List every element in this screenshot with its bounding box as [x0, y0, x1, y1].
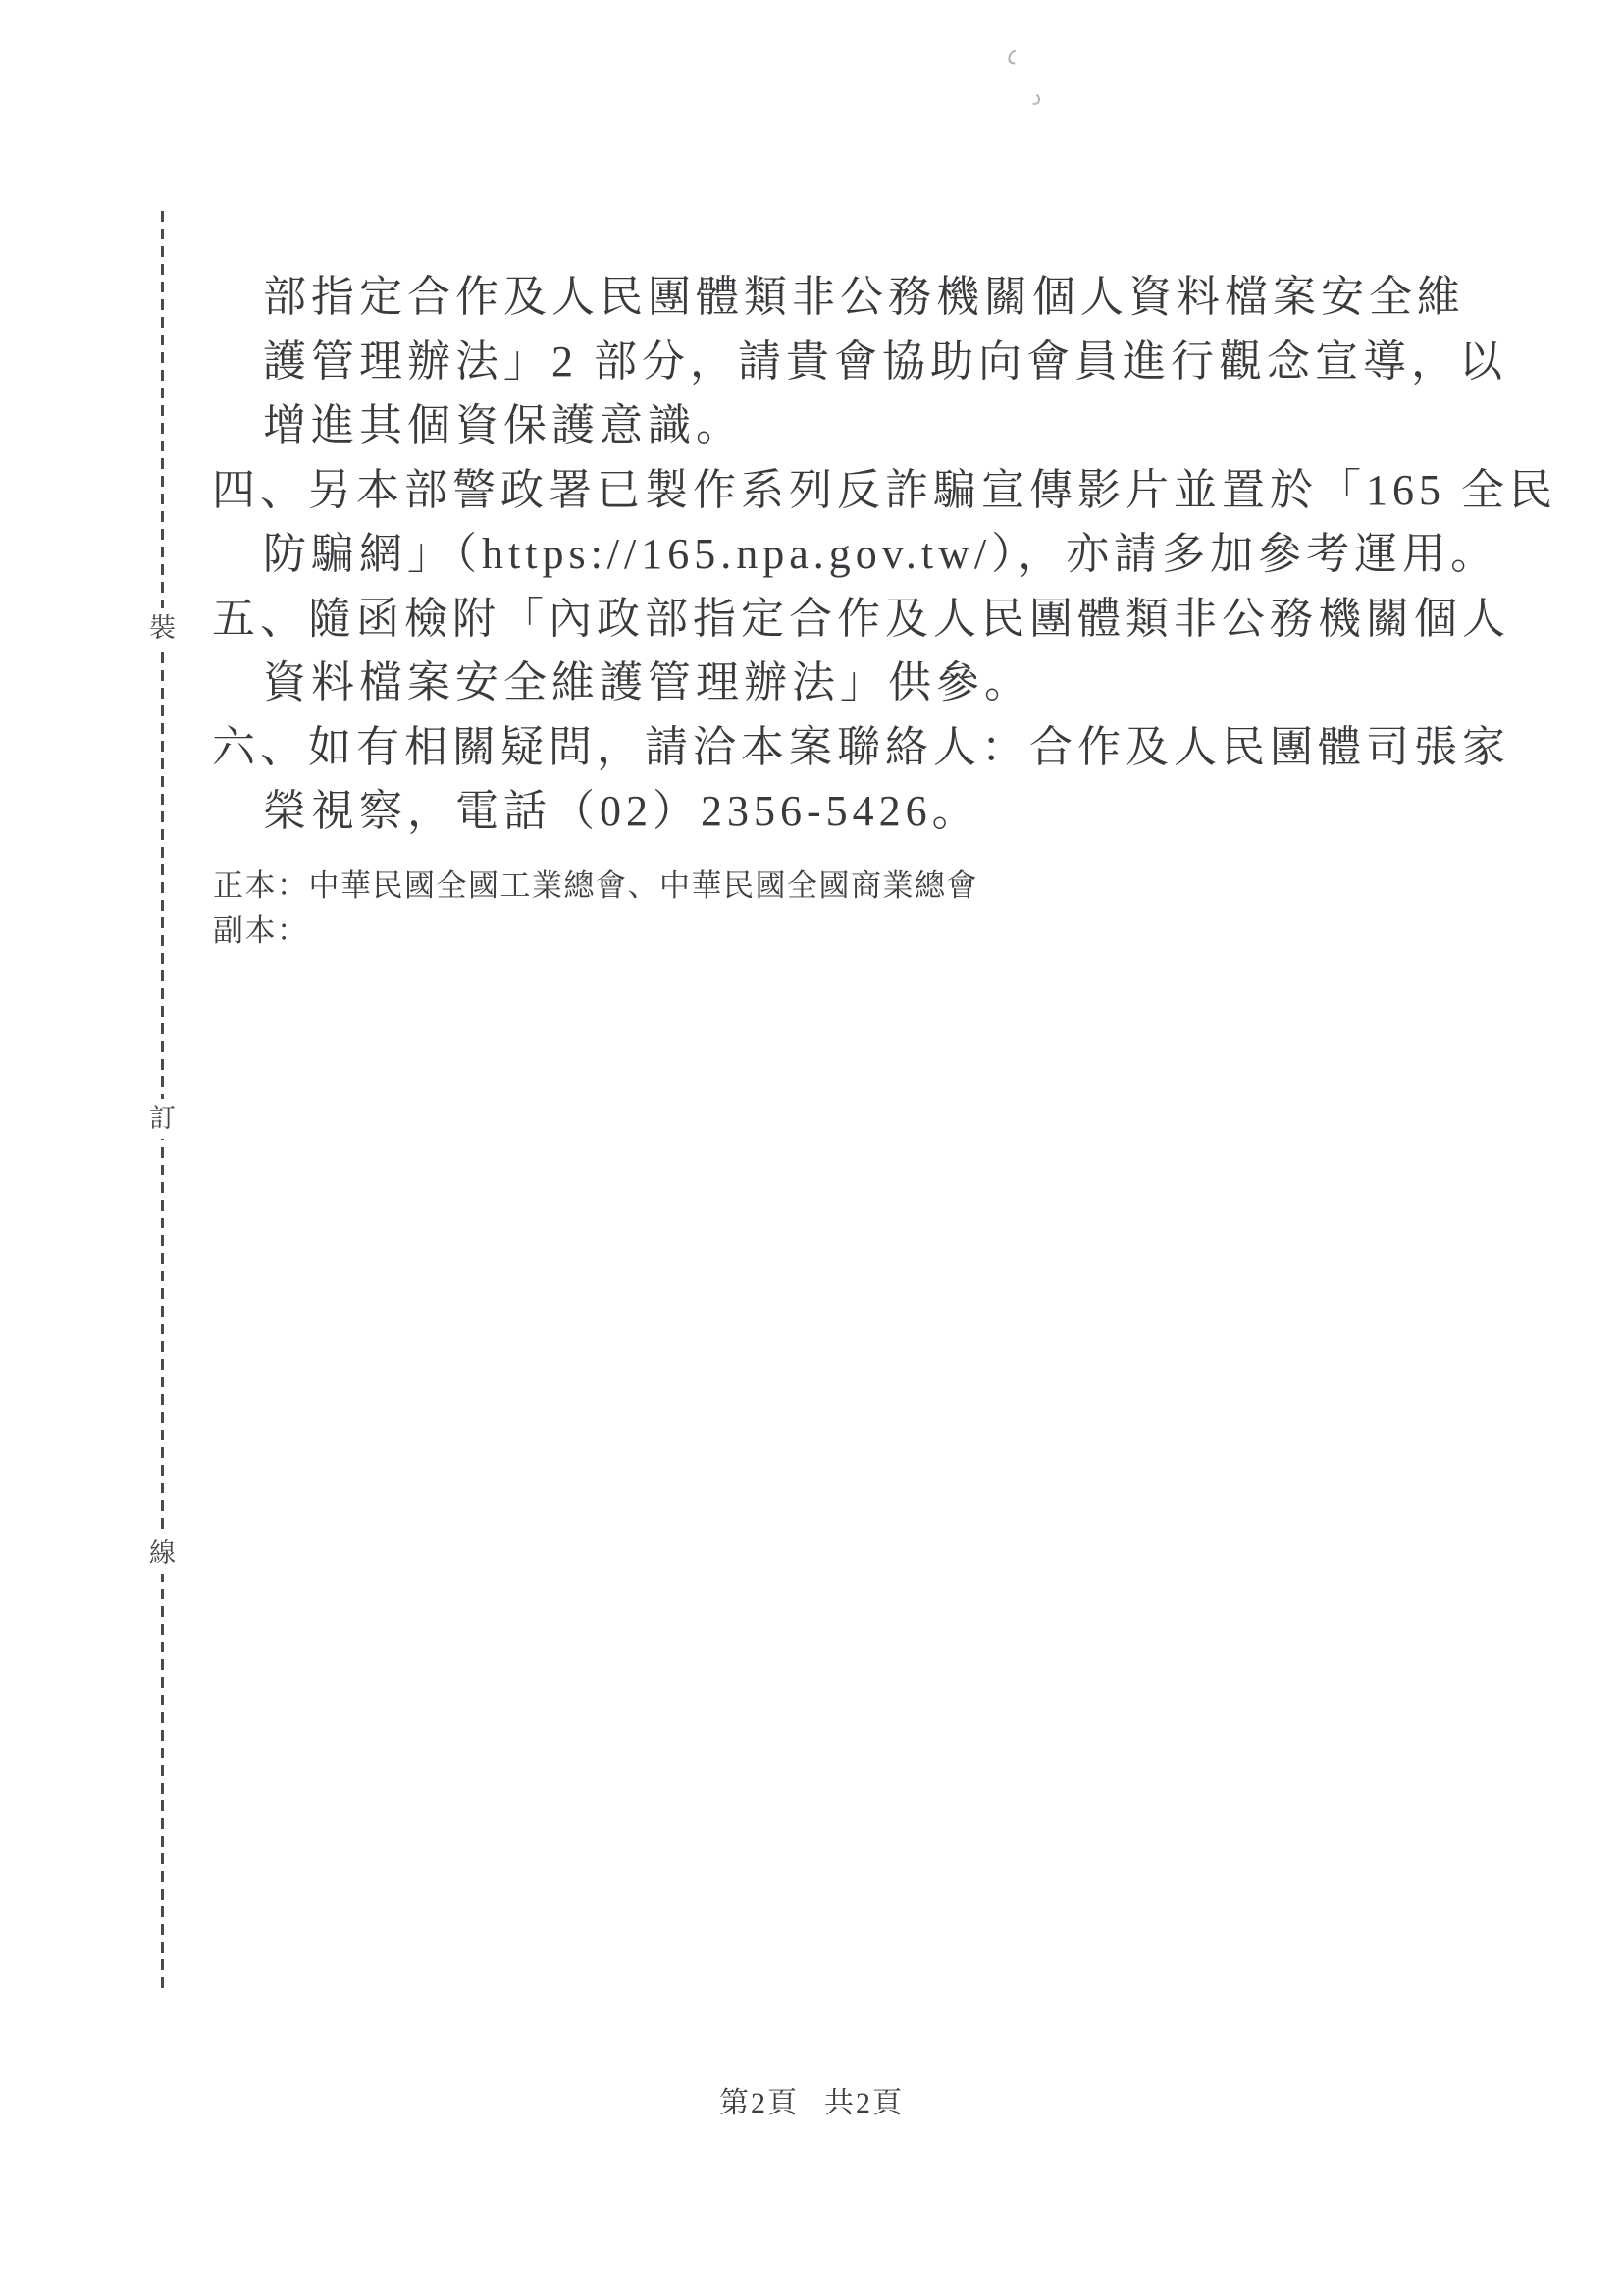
item-5-line-2: 資料檔案安全維護管理辦法」供參。 — [212, 651, 1586, 715]
item-6-line-1: 六、如有相關疑問，請洽本案聯絡人：合作及人民團體司張家 — [212, 715, 1586, 780]
page-footer: 第2頁 共2頁 — [0, 2078, 1623, 2121]
page-number-label: 第2頁 — [719, 2078, 799, 2121]
binding-label-xian: 線 — [148, 1534, 177, 1574]
binding-label-ding: 訂 — [148, 1099, 177, 1139]
item-4-line-2: 防騙網」（https://165.npa.gov.tw/），亦請多加參考運用。 — [212, 522, 1586, 587]
item-5-line-1: 五、隨函檢附「內政部指定合作及人民團體類非公務機關個人 — [212, 587, 1586, 652]
copy-recipient-line: 副本： — [213, 909, 978, 954]
letter-body: 部指定合作及人民團體類非公務機關個人資料檔案安全維 護管理辦法」2 部分，請貴會… — [212, 265, 1586, 844]
original-recipient-line: 正本：中華民國全國工業總會、中華民國全國商業總會 — [213, 863, 978, 909]
item-4-line-1: 四、另本部警政署已製作系列反詐騙宣傳影片並置於「165 全民 — [212, 458, 1586, 523]
document-page: 裝 訂 線 部指定合作及人民團體類非公務機關個人資料檔案安全維 護管理辦法」2 … — [0, 0, 1623, 2296]
binding-dashed-line: 裝 訂 線 — [161, 211, 164, 1995]
scan-artifact — [1005, 47, 1024, 68]
para3-continuation-line-2: 護管理辦法」2 部分，請貴會協助向會員進行觀念宣導，以 — [212, 330, 1586, 394]
para3-continuation-line-1: 部指定合作及人民團體類非公務機關個人資料檔案安全維 — [212, 265, 1586, 330]
scan-artifact — [1027, 92, 1041, 107]
para3-continuation-line-3: 增進其個資保護意識。 — [212, 393, 1586, 458]
item-6-line-2: 榮視察，電話（02）2356-5426。 — [212, 779, 1586, 844]
page-total-label: 共2頁 — [824, 2078, 904, 2121]
recipient-block: 正本：中華民國全國工業總會、中華民國全國商業總會 副本： — [213, 863, 978, 954]
binding-label-zhuang: 裝 — [148, 608, 177, 649]
